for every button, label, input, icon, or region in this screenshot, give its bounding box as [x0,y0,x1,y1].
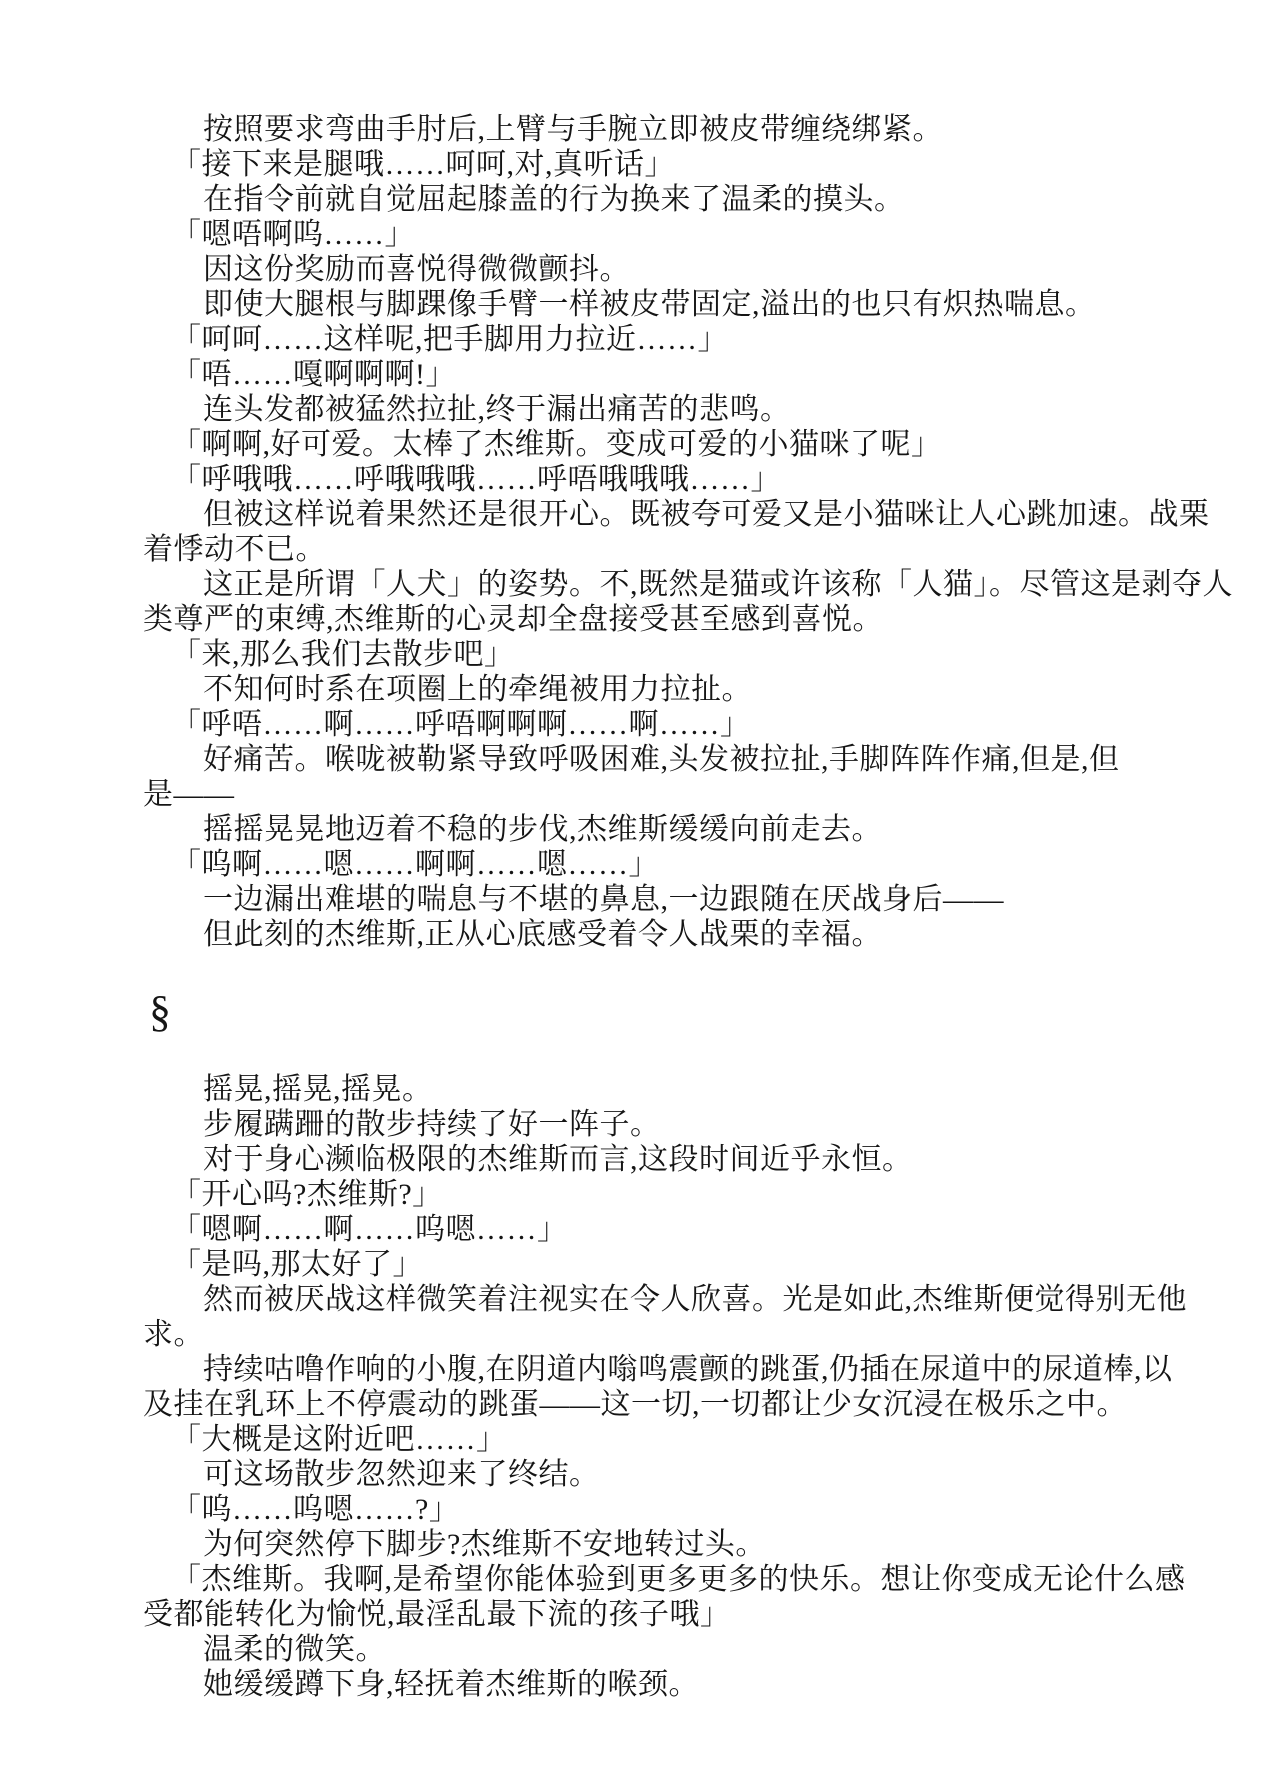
text-line: 但被这样说着果然还是很开心。既被夸可爱又是小猫咪让人心跳加速。战栗 [143,497,1143,532]
dialogue-line: 「杰维斯。我啊,是希望你能体验到更多更多的快乐。想让你变成无论什么感 [143,1562,1143,1597]
dialogue-line: 「呼唔……啊……呼唔啊啊啊……啊……」 [143,707,1143,742]
text-line: 温柔的微笑。 [143,1632,1143,1667]
text-line: 步履蹒跚的散步持续了好一阵子。 [143,1107,1143,1142]
novel-text-block: 按照要求弯曲手肘后,上臂与手腕立即被皮带缠绕绑紧。「接下来是腿哦……呵呵,对,真… [143,112,1143,1702]
text-line: 受都能转化为愉悦,最淫乱最下流的孩子哦」 [143,1597,1143,1632]
text-line: 然而被厌战这样微笑着注视实在令人欣喜。光是如此,杰维斯便觉得别无他 [143,1282,1143,1317]
text-line: 按照要求弯曲手肘后,上臂与手腕立即被皮带缠绕绑紧。 [143,112,1143,147]
dialogue-line: 「来,那么我们去散步吧」 [143,637,1143,672]
text-line: 求。 [143,1317,1143,1352]
text-line: 但此刻的杰维斯,正从心底感受着令人战栗的幸福。 [143,917,1143,952]
dialogue-line: 「接下来是腿哦……呵呵,对,真听话」 [143,147,1143,182]
dialogue-line: 「开心吗?杰维斯?」 [143,1177,1143,1212]
text-line: 她缓缓蹲下身,轻抚着杰维斯的喉颈。 [143,1667,1143,1702]
dialogue-line: 「大概是这附近吧……」 [143,1422,1143,1457]
text-line: 持续咕噜作响的小腹,在阴道内嗡鸣震颤的跳蛋,仍插在尿道中的尿道棒,以 [143,1352,1143,1387]
section-divider: § [143,982,1143,1042]
dialogue-line: 「呜啊……嗯……啊啊……嗯……」 [143,847,1143,882]
dialogue-line: 「是吗,那太好了」 [143,1247,1143,1282]
text-line: 为何突然停下脚步?杰维斯不安地转过头。 [143,1527,1143,1562]
dialogue-line: 「嗯啊……啊……呜嗯……」 [143,1212,1143,1247]
dialogue-line: 「呵呵……这样呢,把手脚用力拉近……」 [143,322,1143,357]
dialogue-line: 「呼哦哦……呼哦哦哦……呼唔哦哦哦……」 [143,462,1143,497]
text-line: 因这份奖励而喜悦得微微颤抖。 [143,252,1143,287]
text-line: 着悸动不已。 [143,532,1143,567]
dialogue-line: 「啊啊,好可爱。太棒了杰维斯。变成可爱的小猫咪了呢」 [143,427,1143,462]
dialogue-line: 「呜……呜嗯……?」 [143,1492,1143,1527]
text-line: 对于身心濒临极限的杰维斯而言,这段时间近乎永恒。 [143,1142,1143,1177]
dialogue-line: 「嗯唔啊呜……」 [143,217,1143,252]
text-line: 摇摇晃晃地迈着不稳的步伐,杰维斯缓缓向前走去。 [143,812,1143,847]
text-line: 这正是所谓「人犬」的姿势。不,既然是猫或许该称「人猫」。尽管这是剥夺人 [143,567,1143,602]
text-line: 好痛苦。喉咙被勒紧导致呼吸困难,头发被拉扯,手脚阵阵作痛,但是,但 [143,742,1143,777]
text-line: 即使大腿根与脚踝像手臂一样被皮带固定,溢出的也只有炽热喘息。 [143,287,1143,322]
text-line: 可这场散步忽然迎来了终结。 [143,1457,1143,1492]
text-line: 一边漏出难堪的喘息与不堪的鼻息,一边跟随在厌战身后—— [143,882,1143,917]
document-page: 按照要求弯曲手肘后,上臂与手腕立即被皮带缠绕绑紧。「接下来是腿哦……呵呵,对,真… [0,0,1280,1790]
text-line: 不知何时系在项圈上的牵绳被用力拉扯。 [143,672,1143,707]
text-line: 类尊严的束缚,杰维斯的心灵却全盘接受甚至感到喜悦。 [143,602,1143,637]
text-line: 及挂在乳环上不停震动的跳蛋——这一切,一切都让少女沉浸在极乐之中。 [143,1387,1143,1422]
dialogue-line: 「唔……嘎啊啊啊!」 [143,357,1143,392]
text-line: 连头发都被猛然拉扯,终于漏出痛苦的悲鸣。 [143,392,1143,427]
text-line: 在指令前就自觉屈起膝盖的行为换来了温柔的摸头。 [143,182,1143,217]
text-line: 摇晃,摇晃,摇晃。 [143,1072,1143,1107]
text-line: 是—— [143,777,1143,812]
